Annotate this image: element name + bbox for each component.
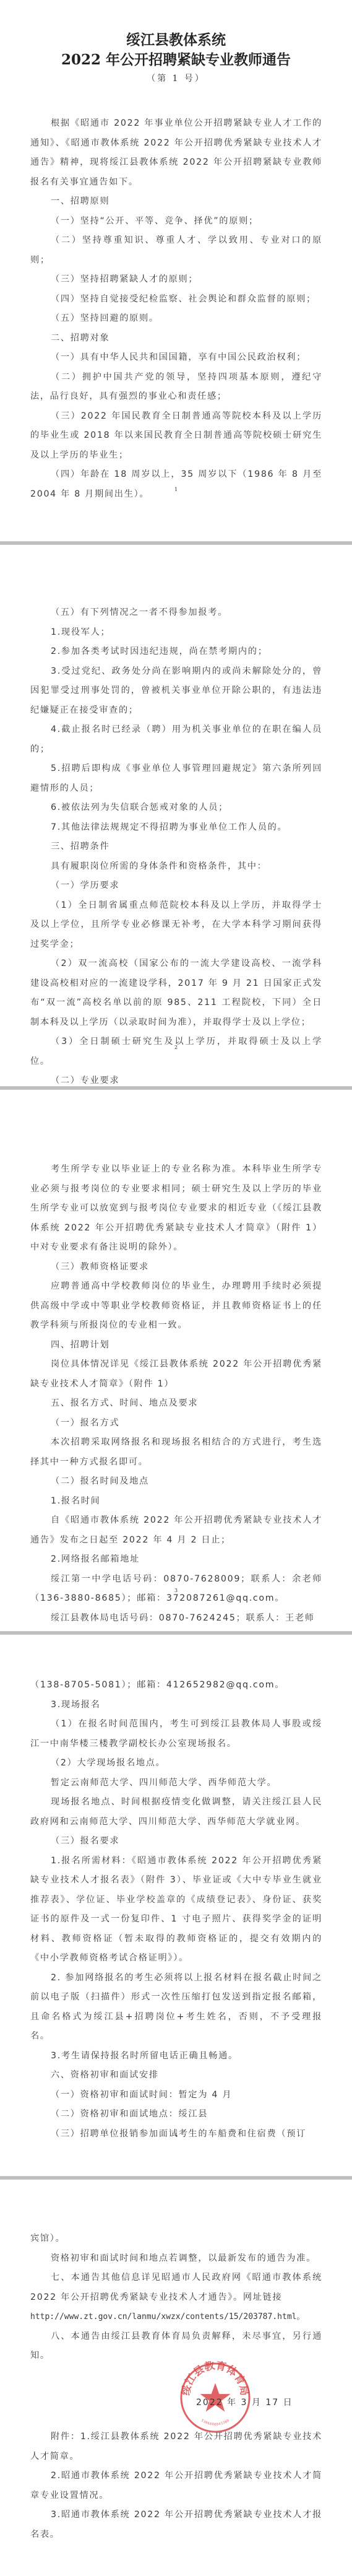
paragraph: （2）双一流高校（国家公布的一流大学建设高校、一流学科建设高校相对应的一流建设学… bbox=[30, 954, 322, 1032]
attachments-list: 附件：1.绥江县教体系统 2022 年公开招聘优秀紧缺专业技术人才简章。2.昭通… bbox=[30, 2427, 322, 2544]
paragraph: 宾馆）。 bbox=[30, 2229, 322, 2249]
paragraph: （一）报名方式 bbox=[30, 1414, 322, 1434]
paragraph: 现场报名地点、时间根据疫情变化做调整，请关注绥江县人民政府网和云南师范大学、四川… bbox=[30, 1793, 322, 1832]
link-url[interactable]: http://www.zt.gov.cn/lanmu/xwzx/contents… bbox=[30, 2312, 304, 2321]
paragraph: （三）报名要求 bbox=[30, 1832, 322, 1851]
doc-title-line2: 2022 年公开招聘紧缺专业教师通告 bbox=[0, 51, 352, 69]
page-2: （五）有下列情况之一者不得参加报考。1.现役军人；2.参加各类考试时因违纪违规，… bbox=[0, 545, 352, 1086]
paragraph: 二、招聘对象 bbox=[30, 329, 322, 349]
paragraph: （一）具有中华人民共和国国籍，享有中国公民政治权利； bbox=[30, 348, 322, 368]
paragraph: （三）坚持招聘紧缺人才的原则； bbox=[30, 270, 322, 290]
page-5: 宾馆）。资格初审和面试时间和地点若调整，以最新发布的通告为准。七、本通告其他信息… bbox=[0, 2180, 352, 2576]
paragraph: （一）资格初审和面试时间：暂定为 4 月 bbox=[30, 2086, 322, 2105]
paragraph: 6.被依法列为失信联合惩戒对象的人员； bbox=[30, 798, 322, 818]
paragraph: 1.报名所需材料：《昭通市教体系统 2022 年公开招聘优秀紧缺专业技术人才报名… bbox=[30, 1851, 322, 1969]
paragraph: 2.网络报名邮箱地址 bbox=[30, 1550, 322, 1570]
page-1: 绥江县教体系统 2022 年公开招聘紧缺专业教师通告 （第 1 号） 根据《昭通… bbox=[0, 0, 352, 541]
paragraph: 2.昭通市教体系统 2022 年公开招聘优秀紧缺专业技术人才简章专业设置情况。 bbox=[30, 2466, 322, 2505]
paragraph: 5.招聘后即构成《事业单位人事管理回避规定》第六条所列回避情形的人员； bbox=[30, 759, 322, 798]
page-body: 考生所学专业以毕业证上的专业名称为准。本科毕业生所学专业必须与报考岗位的专业要求… bbox=[30, 1160, 322, 1628]
paragraph: （四）坚持自觉接受纪检监察、社会舆论和群众监督的原则； bbox=[30, 290, 322, 310]
page-body: （五）有下列情况之一者不得参加报考。1.现役军人；2.参加各类考试时因违纪违规，… bbox=[30, 603, 322, 1086]
paragraph: 附件：1.绥江县教体系统 2022 年公开招聘优秀紧缺专业技术人才简章。 bbox=[30, 2427, 322, 2466]
paragraph: （3）全日制硕士研究生及以上学历，并取得硕士及以上学位。 bbox=[30, 1032, 322, 1071]
page-number: 4 bbox=[0, 2132, 352, 2138]
svg-text:5306000043369: 5306000043369 bbox=[200, 2419, 230, 2427]
paragraph: 暂定云南师范大学、四川师范大学、西华师范大学。 bbox=[30, 1773, 322, 1793]
paragraph: （二）拥护中国共产党的领导，坚持四项基本原则，遵纪守法，品行良好，具有强烈的事业… bbox=[30, 368, 322, 407]
paragraph: （二）专业要求 bbox=[30, 1071, 322, 1086]
paragraph: 六、资格初审和面试安排 bbox=[30, 2066, 322, 2086]
paragraph: 1.现役军人； bbox=[30, 623, 322, 643]
page-number: 1 bbox=[0, 487, 352, 492]
paragraph: 七、本通告其他信息详见昭通市人民政府网《昭通市教体系统 2022 年公开招聘优秀… bbox=[30, 2268, 322, 2307]
page-number: 2 bbox=[0, 1045, 352, 1050]
paragraph: 本次招聘采取网络报名和现场报名相结合的方式进行，考生选择其中一种方式报名即可。 bbox=[30, 1433, 322, 1472]
paragraph: 2.参加各类考试时因违纪违规，尚在禁考期内的； bbox=[30, 642, 322, 662]
page-body: 根据《昭通市 2022 年事业单位公开招聘紧缺专业人才工作的通知》、《昭通市教体… bbox=[30, 114, 322, 504]
paragraph: （二）报名时间及地点 bbox=[30, 1472, 322, 1492]
paragraph: （一）坚持“公开、平等、竞争、择优”的原则； bbox=[30, 212, 322, 232]
paragraph: 自《昭通市教体系统 2022 年公开招聘优秀紧缺专业技术人才通告》发布之日起至 … bbox=[30, 1511, 322, 1550]
page-3: 考生所学专业以毕业证上的专业名称为准。本科毕业生所学专业必须与报考岗位的专业要求… bbox=[0, 1090, 352, 1631]
paragraph: 3.考生请保持报名时所留电话正确且畅通。 bbox=[30, 2047, 322, 2066]
paragraph: （二）坚持尊重知识、尊重人才、学以致用、专业对口的原则； bbox=[30, 231, 322, 270]
page-number: 3 bbox=[0, 1588, 352, 1593]
paragraph: 3.受过党纪、政务处分尚在影响期内的或尚未解除处分的，曾因犯罪受过刑事处罚的，曾… bbox=[30, 662, 322, 721]
paragraph: http://www.zt.gov.cn/lanmu/xwzx/contents… bbox=[30, 2307, 322, 2327]
page-4: （138-8705-5081）；邮箱：412652982@qq.com。3.现场… bbox=[0, 1635, 352, 2176]
paragraph: 3.现场报名 bbox=[30, 1695, 322, 1715]
doc-number: （第 1 号） bbox=[0, 72, 352, 84]
paragraph: 绥江县教体局电话号码：0870-7624245；联系人：王老师 bbox=[30, 1609, 322, 1629]
paragraph: （1）在报名时间范围内，考生可到绥江县教体局人事股或绥江一中南华楼三楼教学副校长… bbox=[30, 1715, 322, 1754]
paragraph: 三、招聘条件 bbox=[30, 837, 322, 857]
paragraph: （三）教师资格证要求 bbox=[30, 1258, 322, 1277]
doc-title-line1: 绥江县教体系统 bbox=[0, 31, 352, 50]
paragraph: （三）2022 年国民教育全日制普通高等院校本科及以上学历的毕业生或 2018 … bbox=[30, 407, 322, 466]
paragraph: （2）大学现场报名地点。 bbox=[30, 1754, 322, 1773]
paragraph: 一、招聘原则 bbox=[30, 192, 322, 212]
page-body: （138-8705-5081）；邮箱：412652982@qq.com。3.现场… bbox=[30, 1676, 322, 2144]
paragraph: （二）资格初审和面试地点：绥江县 bbox=[30, 2105, 322, 2125]
paragraph: 五、报名方式、时间、地点及要求 bbox=[30, 1394, 322, 1414]
paragraph: 7.其他法律法规规定不得招聘为事业单位工作人员的。 bbox=[30, 818, 322, 838]
paragraph: 4.截止报名时已经录（聘）用为机关事业单位的在职在编人员的； bbox=[30, 720, 322, 759]
document-viewer[interactable]: 绥江县教体系统 2022 年公开招聘紧缺专业教师通告 （第 1 号） 根据《昭通… bbox=[0, 0, 352, 2576]
paragraph: 考生所学专业以毕业证上的专业名称为准。本科毕业生所学专业必须与报考岗位的专业要求… bbox=[30, 1160, 322, 1258]
issue-date: 2022 年 3 月 17 日 bbox=[196, 2396, 293, 2408]
paragraph: 八、本通告由绥江县教育体育局负责解释，未尽事宜，另行通知。 bbox=[30, 2327, 322, 2366]
paragraph: 岗位具体情况详见《绥江县教体系统 2022 年公开招聘优秀紧缺专业技术人才简章》… bbox=[30, 1355, 322, 1394]
paragraph: （四）年龄在 18 周岁以上，35 周岁以下（1986 年 8 月至 2004 … bbox=[30, 465, 322, 504]
paragraph: 1.报名时间 bbox=[30, 1492, 322, 1512]
paragraph: （五）有下列情况之一者不得参加报考。 bbox=[30, 603, 322, 623]
paragraph: 资格初审和面试时间和地点若调整，以最新发布的通告为准。 bbox=[30, 2249, 322, 2269]
paragraph: （一）学历要求 bbox=[30, 876, 322, 896]
paragraph: 3.昭通市教体系统 2022 年公开招聘优秀紧缺专业技术人才报名表。 bbox=[30, 2505, 322, 2544]
paragraph: 根据《昭通市 2022 年事业单位公开招聘紧缺专业人才工作的通知》、《昭通市教体… bbox=[30, 114, 322, 192]
page-body: 宾馆）。资格初审和面试时间和地点若调整，以最新发布的通告为准。七、本通告其他信息… bbox=[30, 2229, 322, 2366]
paragraph: （138-8705-5081）；邮箱：412652982@qq.com。 bbox=[30, 1676, 322, 1695]
paragraph: 四、招聘计划 bbox=[30, 1336, 322, 1355]
paragraph: 应聘普通高中学校教师岗位的毕业生，办理聘用手续时必须提供高级中学或中等职业学校教… bbox=[30, 1277, 322, 1336]
paragraph: 具有履职岗位所需的身体条件和资格条件，其中： bbox=[30, 857, 322, 877]
paragraph: （1）全日制省属重点师范院校本科及以上学历，并取得学士及以上学位，且所学专业必修… bbox=[30, 896, 322, 955]
paragraph: 2. 参加网络报名的考生必须将以上报名材料在报名截止时间之前以电子版（扫描件）形… bbox=[30, 1969, 322, 2047]
paragraph: （五）坚持回避的原则。 bbox=[30, 309, 322, 329]
